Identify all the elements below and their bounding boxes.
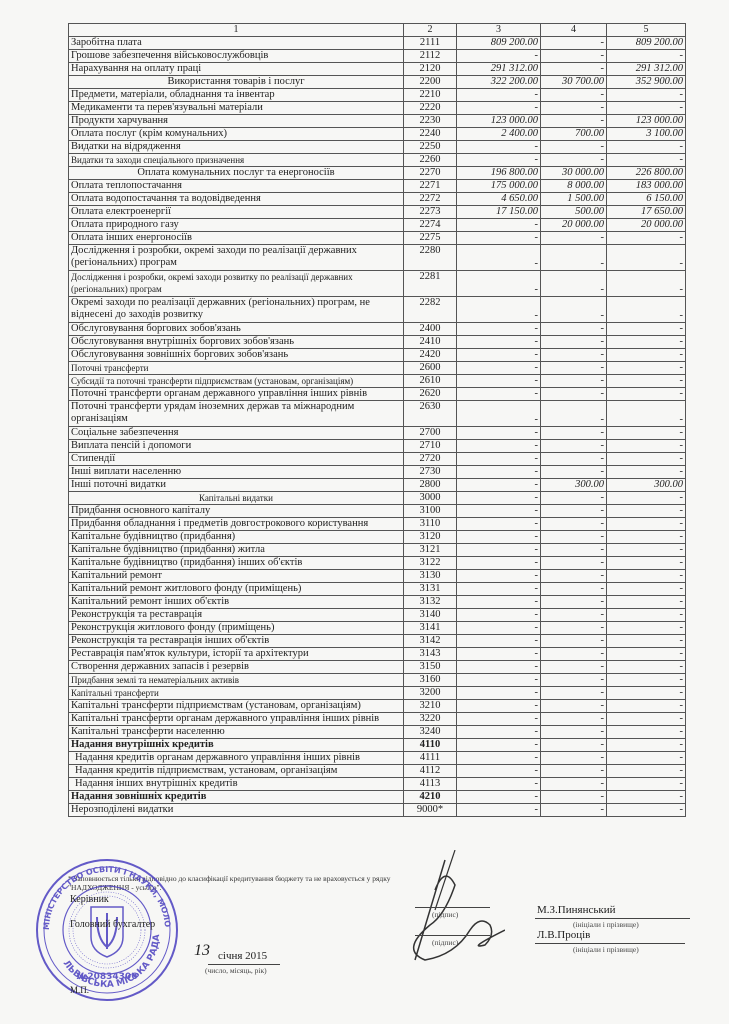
row-name: Продукти харчування xyxy=(69,115,404,128)
row-code: 3121 xyxy=(404,544,457,557)
row-code: 2410 xyxy=(404,336,457,349)
date-day: 13 xyxy=(194,942,210,960)
row-col-4: - xyxy=(541,427,607,440)
row-code: 3150 xyxy=(404,661,457,674)
table-row: Придбання землі та нематеріальних активі… xyxy=(69,674,686,687)
row-code: 3200 xyxy=(404,687,457,700)
row-col-4: - xyxy=(541,154,607,167)
row-col-5: - xyxy=(607,154,686,167)
row-col-4: - xyxy=(541,570,607,583)
table-row: Реставрація пам'яток культури, історії т… xyxy=(69,648,686,661)
row-col-3: - xyxy=(457,323,541,336)
row-col-5: - xyxy=(607,440,686,453)
row-col-4: - xyxy=(541,609,607,622)
row-col-4: - xyxy=(541,687,607,700)
row-code: 2260 xyxy=(404,154,457,167)
row-code: 3131 xyxy=(404,583,457,596)
date-text: січня 2015 xyxy=(218,950,267,962)
row-name: Оплата природного газу xyxy=(69,219,404,232)
table-row: Оплата інших енергоносіїв2275--- xyxy=(69,232,686,245)
row-code: 3160 xyxy=(404,674,457,687)
row-col-5: - xyxy=(607,570,686,583)
row-col-5: - xyxy=(607,102,686,115)
row-col-4: - xyxy=(541,297,607,323)
row-name: Оплата комунальних послуг та енергоносії… xyxy=(69,167,404,180)
row-col-3: - xyxy=(457,570,541,583)
table-row: Надання кредитів підприємствам, установа… xyxy=(69,765,686,778)
svg-text:№20834306: №20834306 xyxy=(77,972,138,982)
row-col-5: - xyxy=(607,791,686,804)
row-code: 3120 xyxy=(404,531,457,544)
table-row: Нерозподілені видатки9000*--- xyxy=(69,804,686,817)
table-header-row: 1 2 3 4 5 xyxy=(69,24,686,37)
row-col-5: - xyxy=(607,245,686,271)
row-col-4: - xyxy=(541,583,607,596)
row-col-5: - xyxy=(607,336,686,349)
row-col-5: - xyxy=(607,726,686,739)
row-name: Поточні трансферти урядам іноземних держ… xyxy=(69,401,404,427)
table-row: Інші виплати населенню2730--- xyxy=(69,466,686,479)
table-row: Капітальне будівництво (придбання) інших… xyxy=(69,557,686,570)
row-col-5: 226 800.00 xyxy=(607,167,686,180)
row-code: 2272 xyxy=(404,193,457,206)
row-col-3: 123 000.00 xyxy=(457,115,541,128)
row-col-4: - xyxy=(541,674,607,687)
table-row: Видатки та заходи спеціального призначен… xyxy=(69,154,686,167)
table-row: Дослідження і розробки, окремі заходи по… xyxy=(69,245,686,271)
table-row: Грошове забезпечення військовослужбовців… xyxy=(69,50,686,63)
table-row: Придбання обладнання і предметів довгост… xyxy=(69,518,686,531)
row-col-5: - xyxy=(607,596,686,609)
row-col-5: - xyxy=(607,531,686,544)
header-col-3: 3 xyxy=(457,24,541,37)
row-code: 3000 xyxy=(404,492,457,505)
row-code: 3141 xyxy=(404,622,457,635)
row-col-5: - xyxy=(607,50,686,63)
row-col-5: 3 100.00 xyxy=(607,128,686,141)
row-name: Капітальний ремонт житлового фонду (прим… xyxy=(69,583,404,596)
row-name: Створення державних запасів і резервів xyxy=(69,661,404,674)
row-code: 3122 xyxy=(404,557,457,570)
expenditure-table: 1 2 3 4 5 Заробітна плата2111809 200.00-… xyxy=(68,23,686,817)
row-col-5: 291 312.00 xyxy=(607,63,686,76)
table-row: Окремі заходи по реалізації державних (р… xyxy=(69,297,686,323)
row-col-3: - xyxy=(457,479,541,492)
row-col-3: 4 650.00 xyxy=(457,193,541,206)
row-col-3: - xyxy=(457,297,541,323)
row-col-3: - xyxy=(457,791,541,804)
row-col-5: - xyxy=(607,765,686,778)
row-code: 2275 xyxy=(404,232,457,245)
row-col-5: - xyxy=(607,401,686,427)
row-col-5: - xyxy=(607,323,686,336)
row-col-5: - xyxy=(607,687,686,700)
row-col-3: - xyxy=(457,89,541,102)
table-row: Обслуговування боргових зобов'язань2400-… xyxy=(69,323,686,336)
row-col-5: - xyxy=(607,453,686,466)
row-name: Заробітна плата xyxy=(69,37,404,50)
row-name: Субсидії та поточні трансферти підприємс… xyxy=(69,375,404,388)
row-col-3: - xyxy=(457,453,541,466)
row-name: Обслуговування зовнішніх боргових зобов'… xyxy=(69,349,404,362)
row-col-3: 17 150.00 xyxy=(457,206,541,219)
row-col-5: - xyxy=(607,375,686,388)
row-code: 2400 xyxy=(404,323,457,336)
row-name: Стипендії xyxy=(69,453,404,466)
row-col-3: - xyxy=(457,648,541,661)
row-col-5: - xyxy=(607,362,686,375)
table-row: Інші поточні видатки2800-300.00300.00 xyxy=(69,479,686,492)
row-name: Капітальний ремонт xyxy=(69,570,404,583)
table-row: Оплата електроенергії227317 150.00500.00… xyxy=(69,206,686,219)
row-name: Придбання основного капіталу xyxy=(69,505,404,518)
row-code: 2271 xyxy=(404,180,457,193)
table-row: Продукти харчування2230123 000.00-123 00… xyxy=(69,115,686,128)
row-name: Медикаменти та перев'язувальні матеріали xyxy=(69,102,404,115)
row-code: 2720 xyxy=(404,453,457,466)
row-col-4: - xyxy=(541,648,607,661)
row-col-3: - xyxy=(457,466,541,479)
row-name: Предмети, матеріали, обладнання та інвен… xyxy=(69,89,404,102)
row-code: 3142 xyxy=(404,635,457,648)
row-code: 3110 xyxy=(404,518,457,531)
accountant-name-line xyxy=(535,943,685,944)
row-col-3: - xyxy=(457,687,541,700)
row-col-3: - xyxy=(457,141,541,154)
row-col-5: - xyxy=(607,466,686,479)
row-name: Використання товарів і послуг xyxy=(69,76,404,89)
row-name: Грошове забезпечення військовослужбовців xyxy=(69,50,404,63)
table-row: Реконструкція житлового фонду (приміщень… xyxy=(69,622,686,635)
row-col-3: - xyxy=(457,518,541,531)
row-col-4: - xyxy=(541,752,607,765)
row-name: Нерозподілені видатки xyxy=(69,804,404,817)
row-col-5: 183 000.00 xyxy=(607,180,686,193)
row-col-4: 20 000.00 xyxy=(541,219,607,232)
row-col-3: - xyxy=(457,778,541,791)
row-code: 2273 xyxy=(404,206,457,219)
table-row: Капітальний ремонт3130--- xyxy=(69,570,686,583)
row-code: 2420 xyxy=(404,349,457,362)
row-col-4: - xyxy=(541,349,607,362)
row-col-5: - xyxy=(607,622,686,635)
row-col-3: - xyxy=(457,219,541,232)
row-col-4: - xyxy=(541,245,607,271)
row-col-5: - xyxy=(607,661,686,674)
row-col-3: 291 312.00 xyxy=(457,63,541,76)
row-name: Капітальні трансферти населенню xyxy=(69,726,404,739)
row-col-5: - xyxy=(607,297,686,323)
row-col-3: - xyxy=(457,401,541,427)
row-col-5: - xyxy=(607,778,686,791)
row-code: 2112 xyxy=(404,50,457,63)
row-code: 3210 xyxy=(404,700,457,713)
row-code: 2282 xyxy=(404,297,457,323)
director-signature-caption: (підпис) xyxy=(432,910,458,919)
row-col-5: - xyxy=(607,700,686,713)
row-code: 2240 xyxy=(404,128,457,141)
row-col-4: - xyxy=(541,791,607,804)
table-row: Капітальний ремонт житлового фонду (прим… xyxy=(69,583,686,596)
row-code: 2700 xyxy=(404,427,457,440)
row-col-3: 2 400.00 xyxy=(457,128,541,141)
row-code: 2280 xyxy=(404,245,457,271)
row-col-3: - xyxy=(457,752,541,765)
table-row: Обслуговування внутрішніх боргових зобов… xyxy=(69,336,686,349)
row-col-4: 300.00 xyxy=(541,479,607,492)
row-name: Дослідження і розробки, окремі заходи по… xyxy=(69,245,404,271)
date-line xyxy=(208,964,280,965)
row-col-4: - xyxy=(541,739,607,752)
row-col-4: - xyxy=(541,713,607,726)
official-seal-icon: МІНІСТЕРСТВО ОСВІТИ І НАУКИ, МОЛОДІ ТА С… xyxy=(33,855,181,1005)
row-name: Поточні трансферти органам державного уп… xyxy=(69,388,404,401)
accountant-signature-line xyxy=(415,935,490,936)
row-col-4: 30 700.00 xyxy=(541,76,607,89)
row-col-3: - xyxy=(457,635,541,648)
row-name: Реконструкція та реставрація інших об'єк… xyxy=(69,635,404,648)
table-row: Поточні трансферти урядам іноземних держ… xyxy=(69,401,686,427)
row-name: Придбання землі та нематеріальних активі… xyxy=(69,674,404,687)
row-col-3: - xyxy=(457,661,541,674)
row-col-5: - xyxy=(607,674,686,687)
table-row: Субсидії та поточні трансферти підприємс… xyxy=(69,375,686,388)
row-name: Капітальне будівництво (придбання) житла xyxy=(69,544,404,557)
table-row: Капітальні видатки3000--- xyxy=(69,492,686,505)
table-row: Обслуговування зовнішніх боргових зобов'… xyxy=(69,349,686,362)
director-name: М.З.Пинянський xyxy=(537,904,615,916)
row-col-3: - xyxy=(457,50,541,63)
row-name: Надання внутрішніх кредитів xyxy=(69,739,404,752)
row-col-4: - xyxy=(541,453,607,466)
row-name: Реставрація пам'яток культури, історії т… xyxy=(69,648,404,661)
row-col-4: - xyxy=(541,505,607,518)
row-name: Дослідження і розробки, окремі заходи ро… xyxy=(69,271,404,297)
row-col-4: - xyxy=(541,492,607,505)
row-name: Оплата інших енергоносіїв xyxy=(69,232,404,245)
row-col-4: - xyxy=(541,557,607,570)
row-col-3: 175 000.00 xyxy=(457,180,541,193)
row-col-3: 322 200.00 xyxy=(457,76,541,89)
row-col-3: - xyxy=(457,336,541,349)
row-col-4: - xyxy=(541,37,607,50)
row-col-3: - xyxy=(457,596,541,609)
row-col-3: - xyxy=(457,622,541,635)
row-name: Видатки на відрядження xyxy=(69,141,404,154)
table-row: Предмети, матеріали, обладнання та інвен… xyxy=(69,89,686,102)
row-col-4: - xyxy=(541,271,607,297)
row-col-5: 300.00 xyxy=(607,479,686,492)
row-col-3: - xyxy=(457,440,541,453)
row-col-5: 809 200.00 xyxy=(607,37,686,50)
row-col-3: - xyxy=(457,726,541,739)
row-code: 2200 xyxy=(404,76,457,89)
date-caption: (число, місяць, рік) xyxy=(205,966,267,975)
row-col-3: - xyxy=(457,713,541,726)
row-col-3: - xyxy=(457,362,541,375)
table-row: Надання зовнішніх кредитів4210--- xyxy=(69,791,686,804)
row-col-3: - xyxy=(457,349,541,362)
table-row: Оплата природного газу2274-20 000.0020 0… xyxy=(69,219,686,232)
row-col-3: 809 200.00 xyxy=(457,37,541,50)
row-col-3: - xyxy=(457,271,541,297)
row-name: Капітальне будівництво (придбання) xyxy=(69,531,404,544)
table-row: Капітальні трансферти підприємствам (уст… xyxy=(69,700,686,713)
row-name: Окремі заходи по реалізації державних (р… xyxy=(69,297,404,323)
row-col-3: - xyxy=(457,375,541,388)
row-col-3: 196 800.00 xyxy=(457,167,541,180)
row-col-4: - xyxy=(541,362,607,375)
row-code: 4210 xyxy=(404,791,457,804)
row-code: 2270 xyxy=(404,167,457,180)
row-col-3: - xyxy=(457,388,541,401)
row-col-4: - xyxy=(541,804,607,817)
table-row: Медикаменти та перев'язувальні матеріали… xyxy=(69,102,686,115)
row-col-4: - xyxy=(541,726,607,739)
row-col-4: - xyxy=(541,596,607,609)
row-code: 3220 xyxy=(404,713,457,726)
table-row: Надання внутрішніх кредитів4110--- xyxy=(69,739,686,752)
row-col-4: - xyxy=(541,518,607,531)
table-row: Оплата послуг (крім комунальних)22402 40… xyxy=(69,128,686,141)
row-col-4: - xyxy=(541,544,607,557)
row-col-4: 1 500.00 xyxy=(541,193,607,206)
table-row: Створення державних запасів і резервів31… xyxy=(69,661,686,674)
row-code: 2610 xyxy=(404,375,457,388)
row-col-4: - xyxy=(541,661,607,674)
row-code: 2730 xyxy=(404,466,457,479)
row-col-5: 17 650.00 xyxy=(607,206,686,219)
row-col-4: - xyxy=(541,440,607,453)
row-name: Придбання обладнання і предметів довгост… xyxy=(69,518,404,531)
table-row: Виплата пенсій і допомоги2710--- xyxy=(69,440,686,453)
row-name: Оплата послуг (крім комунальних) xyxy=(69,128,404,141)
row-col-4: - xyxy=(541,141,607,154)
row-name: Видатки та заходи спеціального призначен… xyxy=(69,154,404,167)
row-col-5: - xyxy=(607,89,686,102)
row-col-5: - xyxy=(607,713,686,726)
row-col-5: - xyxy=(607,518,686,531)
row-code: 2220 xyxy=(404,102,457,115)
row-name: Оплата водопостачання та водовідведення xyxy=(69,193,404,206)
row-col-3: - xyxy=(457,245,541,271)
table-row: Капітальні трансферти органам державного… xyxy=(69,713,686,726)
row-col-3: - xyxy=(457,544,541,557)
row-code: 2230 xyxy=(404,115,457,128)
row-col-5: - xyxy=(607,427,686,440)
row-col-4: - xyxy=(541,401,607,427)
table-row: Нарахування на оплату праці2120291 312.0… xyxy=(69,63,686,76)
row-code: 3100 xyxy=(404,505,457,518)
row-col-4: - xyxy=(541,700,607,713)
table-row: Надання інших внутрішніх кредитів4113--- xyxy=(69,778,686,791)
row-name: Обслуговування внутрішніх боргових зобов… xyxy=(69,336,404,349)
row-code: 2111 xyxy=(404,37,457,50)
row-code: 4113 xyxy=(404,778,457,791)
row-col-4: - xyxy=(541,232,607,245)
row-col-3: - xyxy=(457,804,541,817)
row-col-5: - xyxy=(607,739,686,752)
accountant-name-caption: (ініціали і прізвище) xyxy=(573,945,639,954)
row-code: 2800 xyxy=(404,479,457,492)
row-col-4: 30 000.00 xyxy=(541,167,607,180)
row-col-5: 6 150.00 xyxy=(607,193,686,206)
row-name: Капітальні трансферти органам державного… xyxy=(69,713,404,726)
row-code: 2120 xyxy=(404,63,457,76)
row-code: 2600 xyxy=(404,362,457,375)
row-code: 2274 xyxy=(404,219,457,232)
row-name: Капітальний ремонт інших об'єктів xyxy=(69,596,404,609)
table-row: Реконструкція та реставрація інших об'єк… xyxy=(69,635,686,648)
row-name: Надання кредитів підприємствам, установа… xyxy=(69,765,404,778)
row-col-4: - xyxy=(541,336,607,349)
accountant-signature-caption: (підпис) xyxy=(432,938,458,947)
row-code: 2620 xyxy=(404,388,457,401)
table-row: Капітальне будівництво (придбання)3120--… xyxy=(69,531,686,544)
row-col-3: - xyxy=(457,700,541,713)
row-name: Поточні трансферти xyxy=(69,362,404,375)
table-row: Капітальний ремонт інших об'єктів3132--- xyxy=(69,596,686,609)
table-row: Дослідження і розробки, окремі заходи ро… xyxy=(69,271,686,297)
director-name-caption: (ініціали і прізвище) xyxy=(573,920,639,929)
table-row: Капітальні трансферти населенню3240--- xyxy=(69,726,686,739)
row-name: Оплата електроенергії xyxy=(69,206,404,219)
table-row: Поточні трансферти органам державного уп… xyxy=(69,388,686,401)
row-code: 4110 xyxy=(404,739,457,752)
row-name: Надання кредитів органам державного упра… xyxy=(69,752,404,765)
row-col-4: - xyxy=(541,622,607,635)
row-col-5: - xyxy=(607,557,686,570)
row-name: Нарахування на оплату праці xyxy=(69,63,404,76)
header-col-5: 5 xyxy=(607,24,686,37)
row-col-3: - xyxy=(457,102,541,115)
table-row: Використання товарів і послуг2200322 200… xyxy=(69,76,686,89)
director-signature-line xyxy=(415,907,490,908)
row-col-4: - xyxy=(541,466,607,479)
row-col-3: - xyxy=(457,505,541,518)
row-col-3: - xyxy=(457,531,541,544)
row-col-3: - xyxy=(457,557,541,570)
row-col-5: - xyxy=(607,635,686,648)
table-row: Заробітна плата2111809 200.00-809 200.00 xyxy=(69,37,686,50)
row-name: Виплата пенсій і допомоги xyxy=(69,440,404,453)
row-code: 2210 xyxy=(404,89,457,102)
row-col-3: - xyxy=(457,154,541,167)
row-col-4: 700.00 xyxy=(541,128,607,141)
row-col-5: 123 000.00 xyxy=(607,115,686,128)
row-col-5: - xyxy=(607,271,686,297)
row-col-3: - xyxy=(457,674,541,687)
row-code: 3240 xyxy=(404,726,457,739)
row-col-4: - xyxy=(541,102,607,115)
row-code: 3143 xyxy=(404,648,457,661)
table-row: Капітальні трансферти3200--- xyxy=(69,687,686,700)
row-col-5: - xyxy=(607,648,686,661)
row-code: 9000* xyxy=(404,804,457,817)
row-code: 2630 xyxy=(404,401,457,427)
row-col-5: 20 000.00 xyxy=(607,219,686,232)
table-row: Соціальне забезпечення2700--- xyxy=(69,427,686,440)
table-row: Придбання основного капіталу3100--- xyxy=(69,505,686,518)
row-col-4: - xyxy=(541,375,607,388)
row-col-3: - xyxy=(457,583,541,596)
table-row: Видатки на відрядження2250--- xyxy=(69,141,686,154)
row-col-4: 8 000.00 xyxy=(541,180,607,193)
row-col-4: - xyxy=(541,635,607,648)
row-col-3: - xyxy=(457,609,541,622)
row-col-3: - xyxy=(457,492,541,505)
row-name: Капітальні видатки xyxy=(69,492,404,505)
